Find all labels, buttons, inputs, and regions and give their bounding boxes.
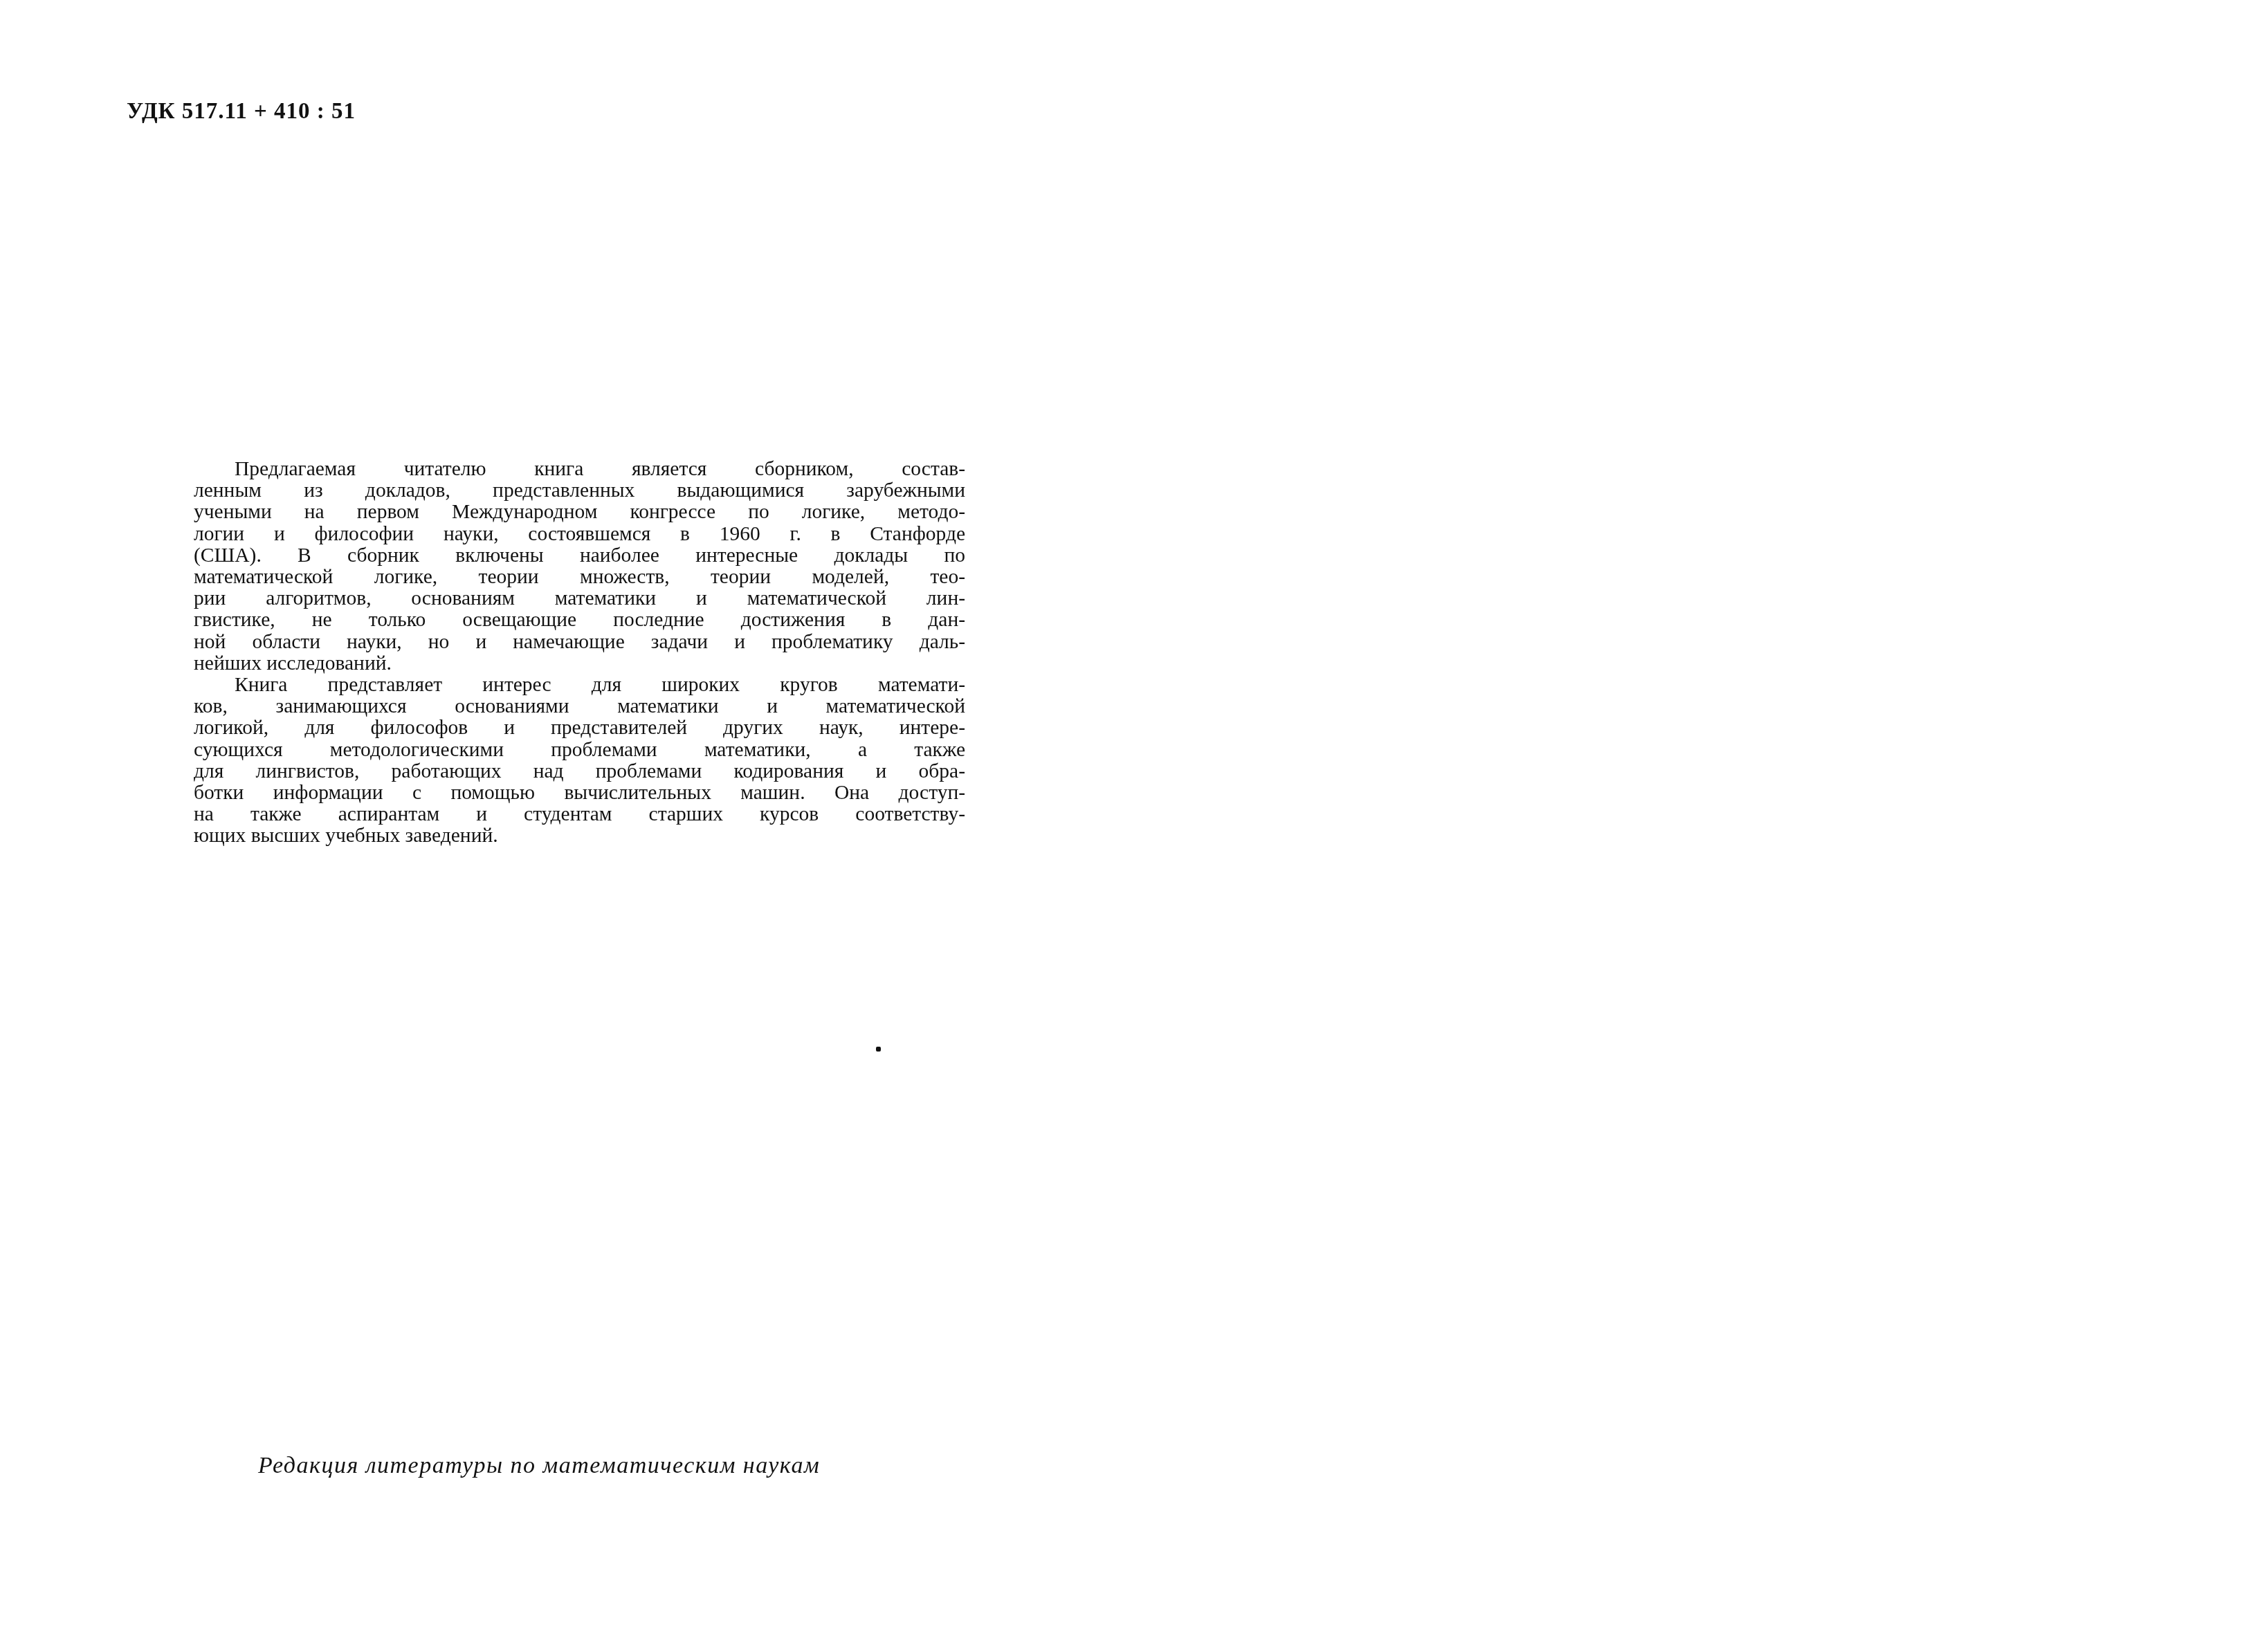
right-page: ПРЕДИСЛОВИЕ К РУССКОМУ ИЗДАНИЮ Созданная… — [1132, 0, 2264, 1652]
text-line: Предлагаемая читателю книга является сбо… — [194, 459, 965, 480]
text-line: гвистике, не только освещающие последние… — [194, 609, 965, 631]
scan-speck — [876, 1047, 881, 1052]
text-line: ков, занимающихся основаниями математики… — [194, 696, 965, 717]
text-line: (США). В сборник включены наиболее интер… — [194, 545, 965, 567]
editor-credit: Редакция литературы по математическим на… — [258, 1453, 820, 1479]
text-line: для лингвистов, работающих над проблемам… — [194, 761, 965, 782]
text-line: математической логике, теории множеств, … — [194, 567, 965, 588]
text-line: ющих высших учебных заведений. — [194, 825, 965, 847]
text-line: логикой, для философов и представителей … — [194, 717, 965, 739]
text-line: ботки информации с помощью вычислительны… — [194, 782, 965, 804]
text-line: рии алгоритмов, основаниям математики и … — [194, 588, 965, 609]
text-line: ленным из докладов, представленных выдаю… — [194, 480, 965, 502]
book-annotation: Предлагаемая читателю книга является сбо… — [194, 459, 965, 847]
left-page: УДК 517.11 + 410 : 51 Предлагаемая читат… — [0, 0, 1132, 1652]
text-line: логии и философии науки, состоявшемся в … — [194, 524, 965, 545]
udc-classification: УДК 517.11 + 410 : 51 — [127, 99, 356, 125]
text-line: ной области науки, но и намечающие задач… — [194, 632, 965, 653]
text-line: на также аспирантам и студентам старших … — [194, 804, 965, 825]
text-line: Книга представляет интерес для широких к… — [194, 674, 965, 696]
text-line: учеными на первом Международном конгресс… — [194, 502, 965, 523]
text-line: нейших исследований. — [194, 653, 965, 674]
text-line: сующихся методологическими проблемами ма… — [194, 740, 965, 761]
